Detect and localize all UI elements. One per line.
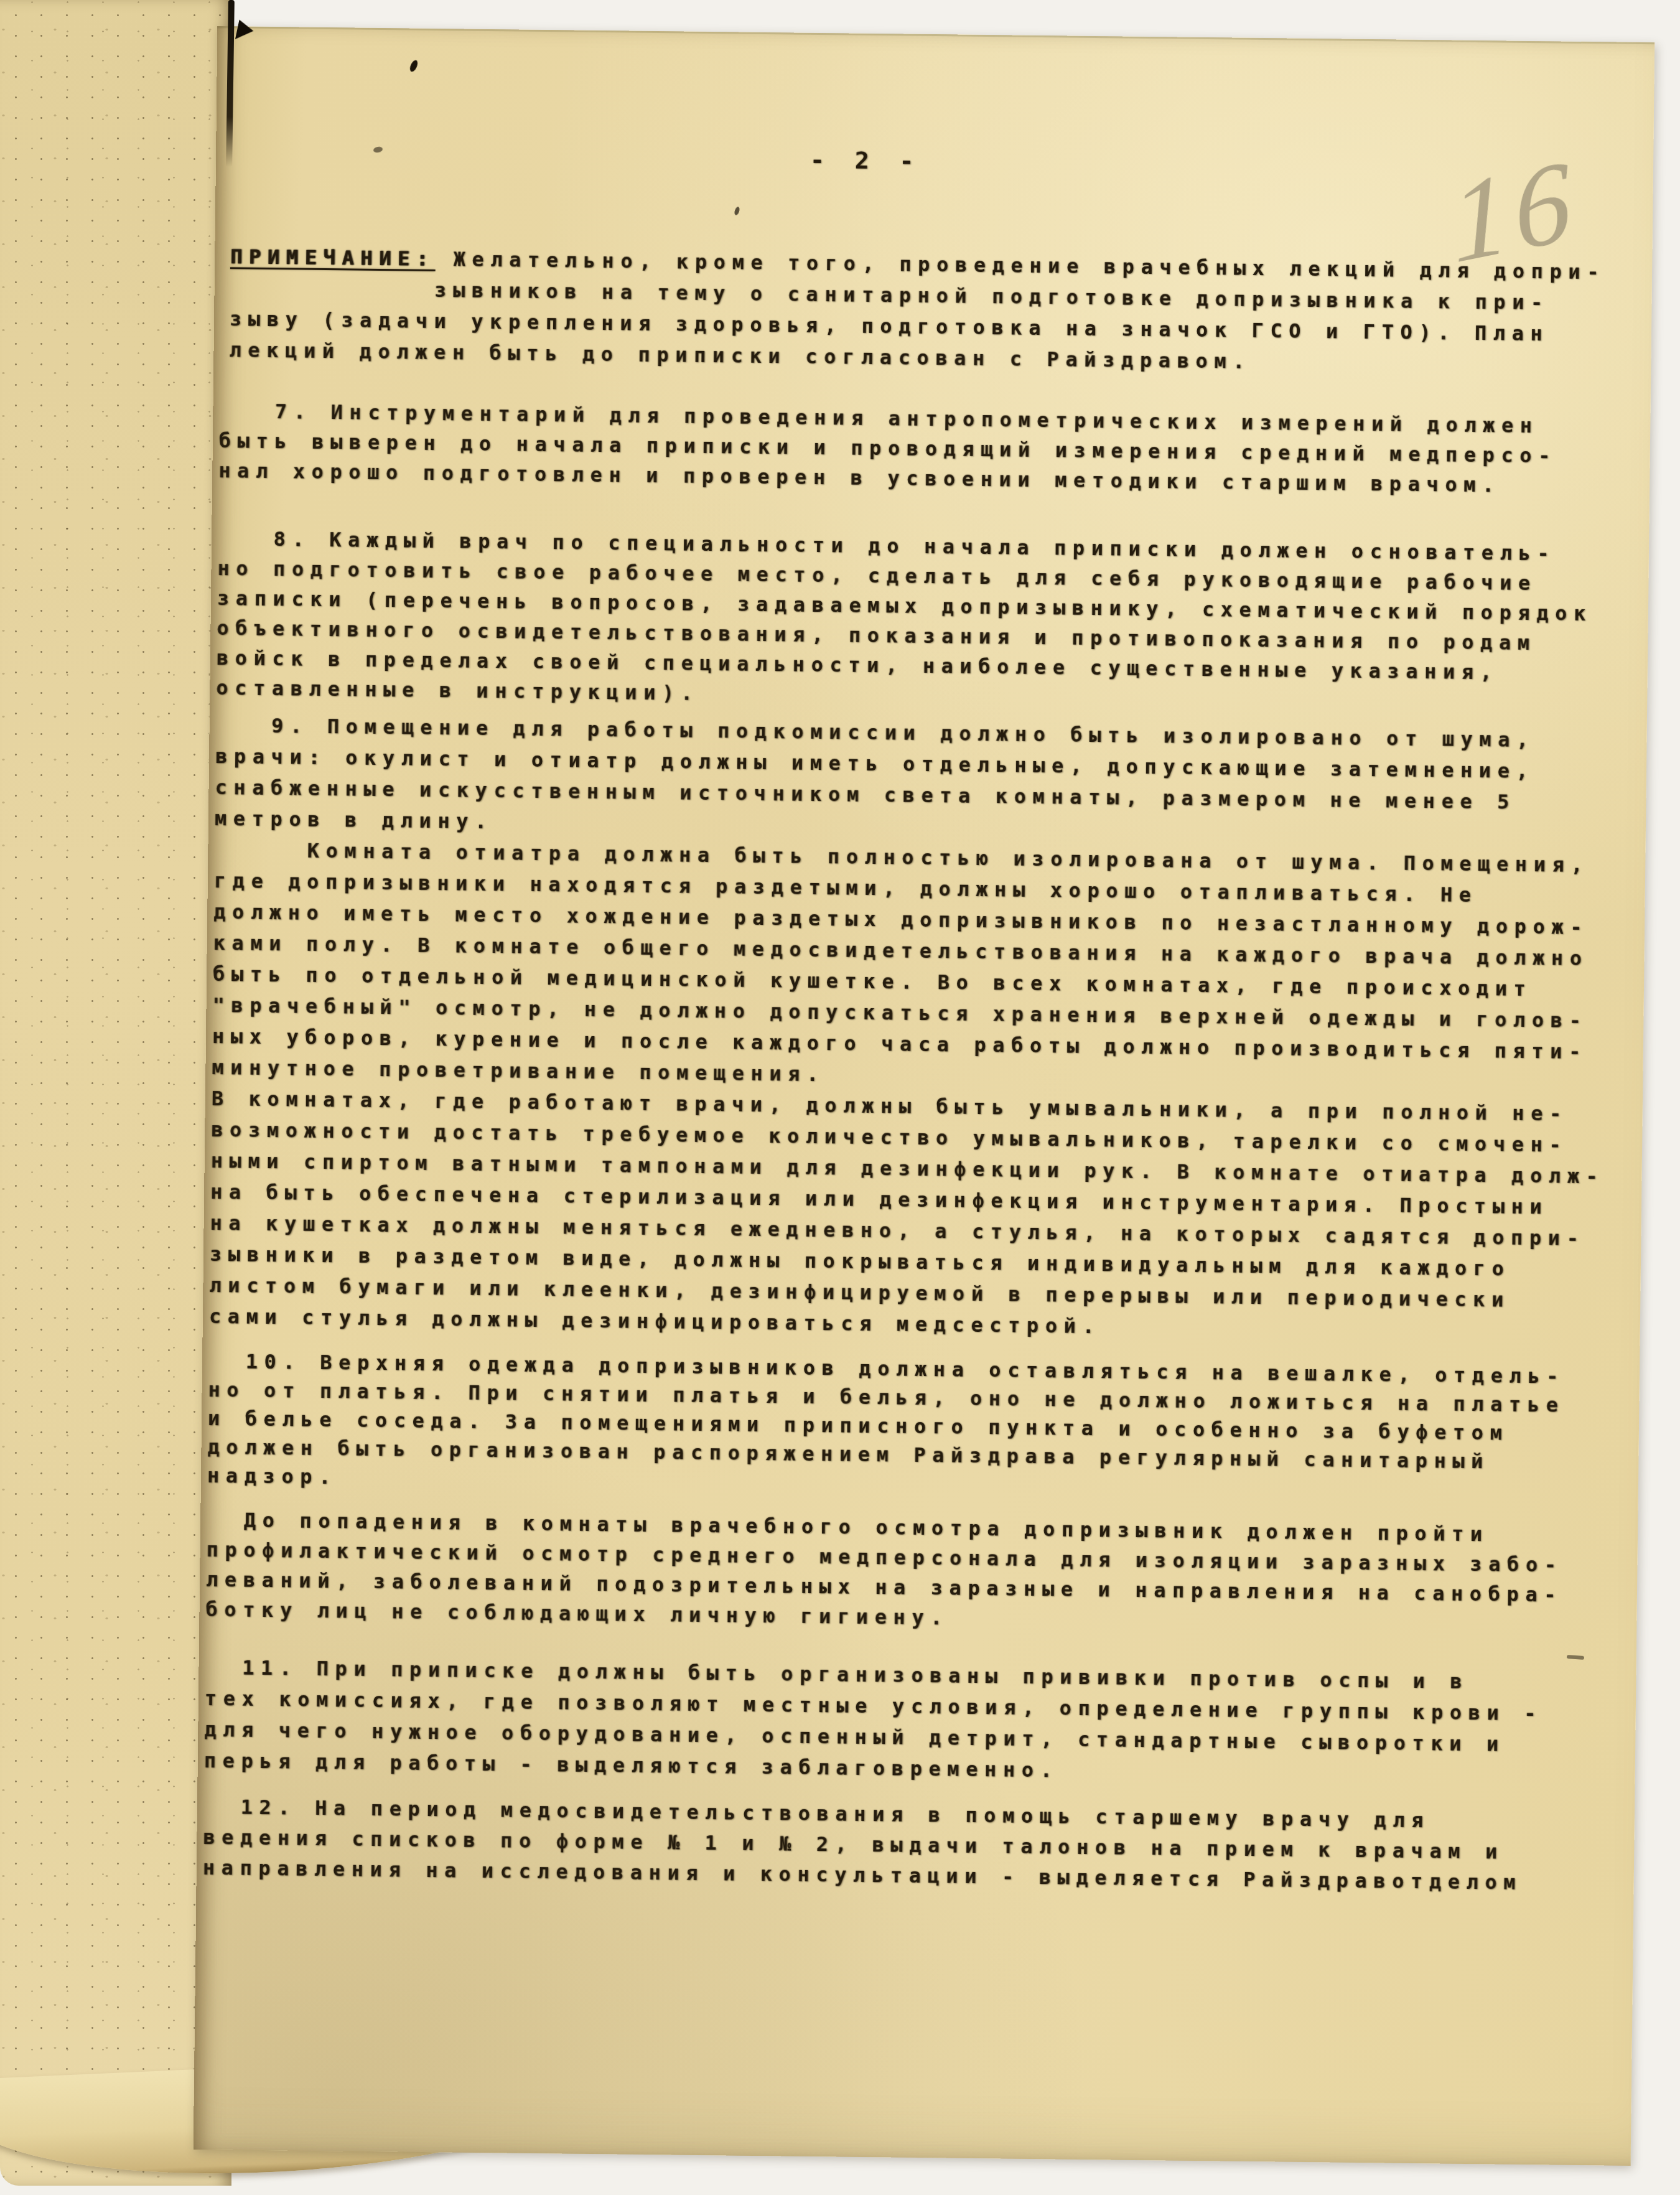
page-number: - 2 - — [810, 146, 922, 175]
note-label: ПРИМЕЧАНИЕ: — [230, 245, 435, 271]
typed-paragraph-8: 8. Каждый врач по специальности до начал… — [216, 523, 1654, 719]
note-paragraph: ПРИМЕЧАНИЕ: Желательно, кроме того, пров… — [229, 241, 1654, 382]
typed-paragraph-11: 11. При приписке должны быть организован… — [204, 1652, 1655, 1793]
note-body: Желательно, кроме того, проведение враче… — [229, 247, 1605, 373]
typed-paragraph-10a: До попадения в комнаты врачебного осмотр… — [205, 1505, 1654, 1641]
scanned-photo: { "doc": { "page_number": "- 2 -", "penc… — [0, 0, 1680, 2195]
typed-paragraph-7: 7. Инструментарий для проведения антропо… — [218, 396, 1654, 502]
photo-canvas: - 2 - 16 ПРИМЕЧАНИЕ: Желательно, кроме т… — [0, 0, 1680, 2195]
typed-paragraph-9: 9. Помещение для работы подкомиссии долж… — [209, 709, 1655, 1349]
document-page: - 2 - 16 ПРИМЕЧАНИЕ: Желательно, кроме т… — [194, 26, 1655, 2166]
typed-paragraph-12: 12. На период медосвидетельствования в п… — [203, 1792, 1655, 1900]
typed-paragraph-10: 10. Верхняя одежда допризывников должна … — [207, 1347, 1655, 1507]
